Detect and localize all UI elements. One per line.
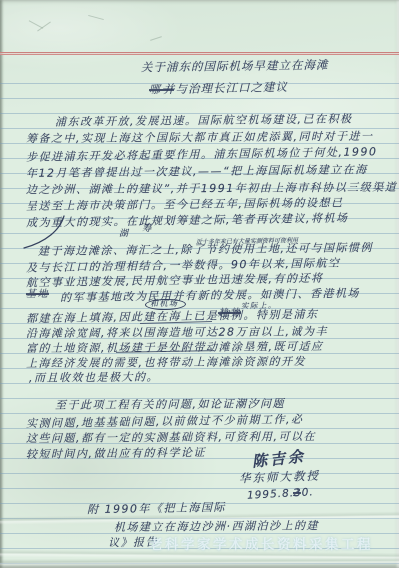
paper-wrinkle-mark xyxy=(88,15,104,20)
struck-out-text: 趋势 xyxy=(218,309,241,319)
scanned-letter-page: 关于浦东的国际机场早建立在海滩 并与治理长江口之建议 浦东改革开放,发展迅速。国… xyxy=(0,0,399,568)
handwritten-line: 边之沙洲、湖滩上的建议”,并于1991年初由上海市科协以三级渠道 xyxy=(26,182,397,196)
red-margin-line xyxy=(0,52,399,55)
handwritten-line: 富的土地资源,机场建于是处附带动滩涂垦殖,既可适应 xyxy=(26,341,324,354)
paper-wrinkle-mark xyxy=(150,36,162,41)
inserted-correction-text: 湖 xyxy=(119,230,130,239)
handwritten-line: 较短时间内,做出应有的科学论证 xyxy=(26,447,206,460)
struck-out-text: 哪一 xyxy=(149,84,174,95)
handwritten-line: 呈送至上海市决策部门。至今已经五年,国际机场的设想已 xyxy=(26,197,344,212)
handwritten-line: 沿海滩涂宽阔,将来以围海造地可达28万亩以上,诚为丰 xyxy=(26,326,328,339)
postscript-line: 机场建立在海边沙洲·西湖泊沙上的建 xyxy=(114,520,319,533)
handwritten-line: 筹备之中,实现上海这个国际大都市真正如虎添翼,同时对于进一 xyxy=(26,131,374,144)
inserted-correction-text: 实际上。 xyxy=(241,302,277,310)
handwritten-line: 至于此项工程有关的问题,如论证潮汐问题 xyxy=(55,398,285,411)
handwritten-line: 这些问题,都有一定的实测基础资料,可资利用,可以在 xyxy=(26,431,316,444)
struck-out-text: 基地 xyxy=(26,290,49,300)
letter-title-line-1: 关于浦东的国际机场早建立在海滩 xyxy=(141,60,329,74)
handwritten-line: 上海经济发展的需要,也将带动上海滩涂资源的开发 xyxy=(26,356,306,369)
inserted-correction-text: 筹 xyxy=(142,224,153,234)
signature-affiliation: 华东师大教授 xyxy=(239,471,320,485)
collection-project-watermark: 老科学家学术成长资料采集工程 xyxy=(149,533,373,553)
letter-title-line-2: 并与治理长江口之建议 xyxy=(163,82,288,96)
handwritten-line: ,而且收效也是极大的。 xyxy=(29,372,159,384)
postscript-line: 附 1990年《把上海国际 xyxy=(87,502,226,515)
handwritten-line: 浦东改革开放,发展迅速。国际航空机场建设,已在积极 xyxy=(55,113,353,127)
